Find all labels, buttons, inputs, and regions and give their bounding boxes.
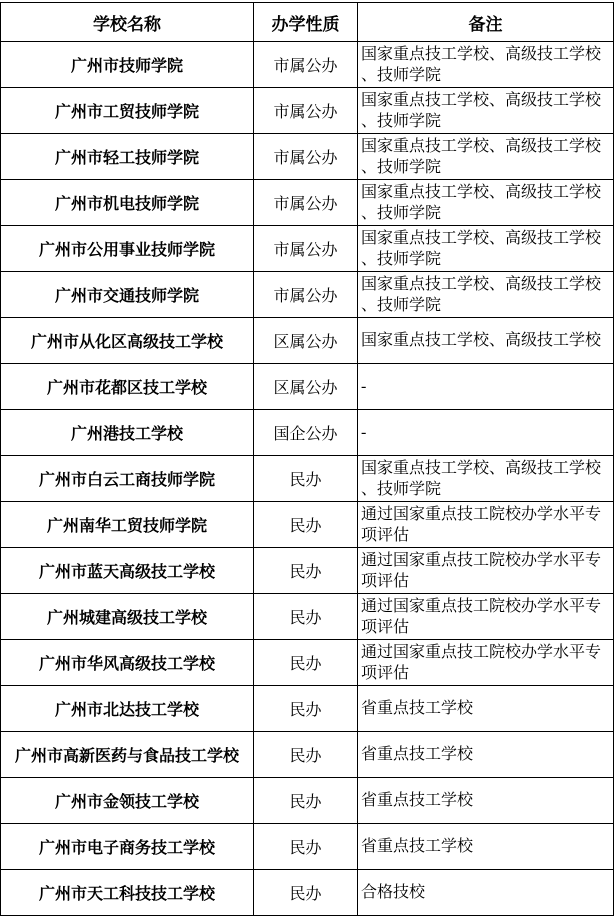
table-row: 广州南华工贸技师学院民办通过国家重点技工院校办学水平专项评估 xyxy=(1,502,614,548)
table-row: 广州市高新医药与食品技工学校民办省重点技工学校 xyxy=(1,732,614,778)
remark-cell: 省重点技工学校 xyxy=(358,824,614,870)
school-name-cell: 广州城建高级技工学校 xyxy=(1,594,254,640)
ownership-type-cell: 民办 xyxy=(254,686,358,732)
ownership-type-cell: 民办 xyxy=(254,548,358,594)
remark-cell: 省重点技工学校 xyxy=(358,778,614,824)
table-row: 广州市华风高级技工学校民办通过国家重点技工院校办学水平专项评估 xyxy=(1,640,614,686)
ownership-type-cell: 民办 xyxy=(254,640,358,686)
remark-cell: 通过国家重点技工院校办学水平专项评估 xyxy=(358,640,614,686)
page: 学校名称 办学性质 备注 广州市技师学院市属公办国家重点技工学校、高级技工学校、… xyxy=(0,0,614,915)
remark-cell: 国家重点技工学校、高级技工学校、技师学院 xyxy=(358,134,614,180)
table-row: 广州市公用事业技师学院市属公办国家重点技工学校、高级技工学校、技师学院 xyxy=(1,226,614,272)
school-name-cell: 广州市北达技工学校 xyxy=(1,686,254,732)
remark-cell: 国家重点技工学校、高级技工学校、技师学院 xyxy=(358,180,614,226)
school-name-cell: 广州市轻工技师学院 xyxy=(1,134,254,180)
ownership-type-cell: 民办 xyxy=(254,870,358,916)
school-name-cell: 广州市白云工商技师学院 xyxy=(1,456,254,502)
table-row: 广州市技师学院市属公办国家重点技工学校、高级技工学校、技师学院 xyxy=(1,42,614,88)
school-name-cell: 广州市蓝天高级技工学校 xyxy=(1,548,254,594)
table-row: 广州市机电技师学院市属公办国家重点技工学校、高级技工学校、技师学院 xyxy=(1,180,614,226)
remark-cell: - xyxy=(358,410,614,456)
ownership-type-cell: 市属公办 xyxy=(254,272,358,318)
header-remark: 备注 xyxy=(358,3,614,42)
ownership-type-cell: 市属公办 xyxy=(254,42,358,88)
table-body: 广州市技师学院市属公办国家重点技工学校、高级技工学校、技师学院广州市工贸技师学院… xyxy=(1,42,614,916)
ownership-type-cell: 市属公办 xyxy=(254,134,358,180)
table-row: 广州市金领技工学校民办省重点技工学校 xyxy=(1,778,614,824)
table-row: 广州市工贸技师学院市属公办国家重点技工学校、高级技工学校、技师学院 xyxy=(1,88,614,134)
school-name-cell: 广州市高新医药与食品技工学校 xyxy=(1,732,254,778)
remark-cell: 省重点技工学校 xyxy=(358,732,614,778)
table-row: 广州市蓝天高级技工学校民办通过国家重点技工院校办学水平专项评估 xyxy=(1,548,614,594)
remark-cell: 国家重点技工学校、高级技工学校、技师学院 xyxy=(358,88,614,134)
table-row: 广州城建高级技工学校民办通过国家重点技工院校办学水平专项评估 xyxy=(1,594,614,640)
remark-cell: 合格技校 xyxy=(358,870,614,916)
table-row: 广州市白云工商技师学院民办国家重点技工学校、高级技工学校、技师学院 xyxy=(1,456,614,502)
school-name-cell: 广州市花都区技工学校 xyxy=(1,364,254,410)
header-ownership-type: 办学性质 xyxy=(254,3,358,42)
ownership-type-cell: 市属公办 xyxy=(254,88,358,134)
table-row: 广州市轻工技师学院市属公办国家重点技工学校、高级技工学校、技师学院 xyxy=(1,134,614,180)
header-school-name: 学校名称 xyxy=(1,3,254,42)
remark-cell: 省重点技工学校 xyxy=(358,686,614,732)
remark-cell: 通过国家重点技工院校办学水平专项评估 xyxy=(358,548,614,594)
remark-cell: 通过国家重点技工院校办学水平专项评估 xyxy=(358,502,614,548)
remark-cell: 国家重点技工学校、高级技工学校、技师学院 xyxy=(358,272,614,318)
table-row: 广州市交通技师学院市属公办国家重点技工学校、高级技工学校、技师学院 xyxy=(1,272,614,318)
ownership-type-cell: 市属公办 xyxy=(254,180,358,226)
ownership-type-cell: 区属公办 xyxy=(254,318,358,364)
remark-cell: - xyxy=(358,364,614,410)
remark-cell: 国家重点技工学校、高级技工学校、技师学院 xyxy=(358,42,614,88)
school-name-cell: 广州港技工学校 xyxy=(1,410,254,456)
table-row: 广州市花都区技工学校区属公办- xyxy=(1,364,614,410)
table-row: 广州市从化区高级技工学校区属公办国家重点技工学校、高级技工学校 xyxy=(1,318,614,364)
remark-cell: 国家重点技工学校、高级技工学校、技师学院 xyxy=(358,456,614,502)
ownership-type-cell: 民办 xyxy=(254,502,358,548)
school-name-cell: 广州市华风高级技工学校 xyxy=(1,640,254,686)
school-name-cell: 广州市从化区高级技工学校 xyxy=(1,318,254,364)
school-name-cell: 广州南华工贸技师学院 xyxy=(1,502,254,548)
remark-cell: 国家重点技工学校、高级技工学校 xyxy=(358,318,614,364)
ownership-type-cell: 区属公办 xyxy=(254,364,358,410)
ownership-type-cell: 民办 xyxy=(254,456,358,502)
remark-cell: 国家重点技工学校、高级技工学校、技师学院 xyxy=(358,226,614,272)
ownership-type-cell: 市属公办 xyxy=(254,226,358,272)
table-row: 广州市北达技工学校民办省重点技工学校 xyxy=(1,686,614,732)
schools-table: 学校名称 办学性质 备注 广州市技师学院市属公办国家重点技工学校、高级技工学校、… xyxy=(0,2,614,916)
header-row: 学校名称 办学性质 备注 xyxy=(1,3,614,42)
ownership-type-cell: 民办 xyxy=(254,732,358,778)
school-name-cell: 广州市金领技工学校 xyxy=(1,778,254,824)
school-name-cell: 广州市工贸技师学院 xyxy=(1,88,254,134)
school-name-cell: 广州市电子商务技工学校 xyxy=(1,824,254,870)
table-row: 广州市电子商务技工学校民办省重点技工学校 xyxy=(1,824,614,870)
ownership-type-cell: 民办 xyxy=(254,594,358,640)
school-name-cell: 广州市公用事业技师学院 xyxy=(1,226,254,272)
ownership-type-cell: 民办 xyxy=(254,824,358,870)
school-name-cell: 广州市机电技师学院 xyxy=(1,180,254,226)
ownership-type-cell: 民办 xyxy=(254,778,358,824)
table-row: 广州港技工学校国企公办- xyxy=(1,410,614,456)
remark-cell: 通过国家重点技工院校办学水平专项评估 xyxy=(358,594,614,640)
school-name-cell: 广州市天工科技技工学校 xyxy=(1,870,254,916)
school-name-cell: 广州市交通技师学院 xyxy=(1,272,254,318)
table-row: 广州市天工科技技工学校民办合格技校 xyxy=(1,870,614,916)
ownership-type-cell: 国企公办 xyxy=(254,410,358,456)
school-name-cell: 广州市技师学院 xyxy=(1,42,254,88)
